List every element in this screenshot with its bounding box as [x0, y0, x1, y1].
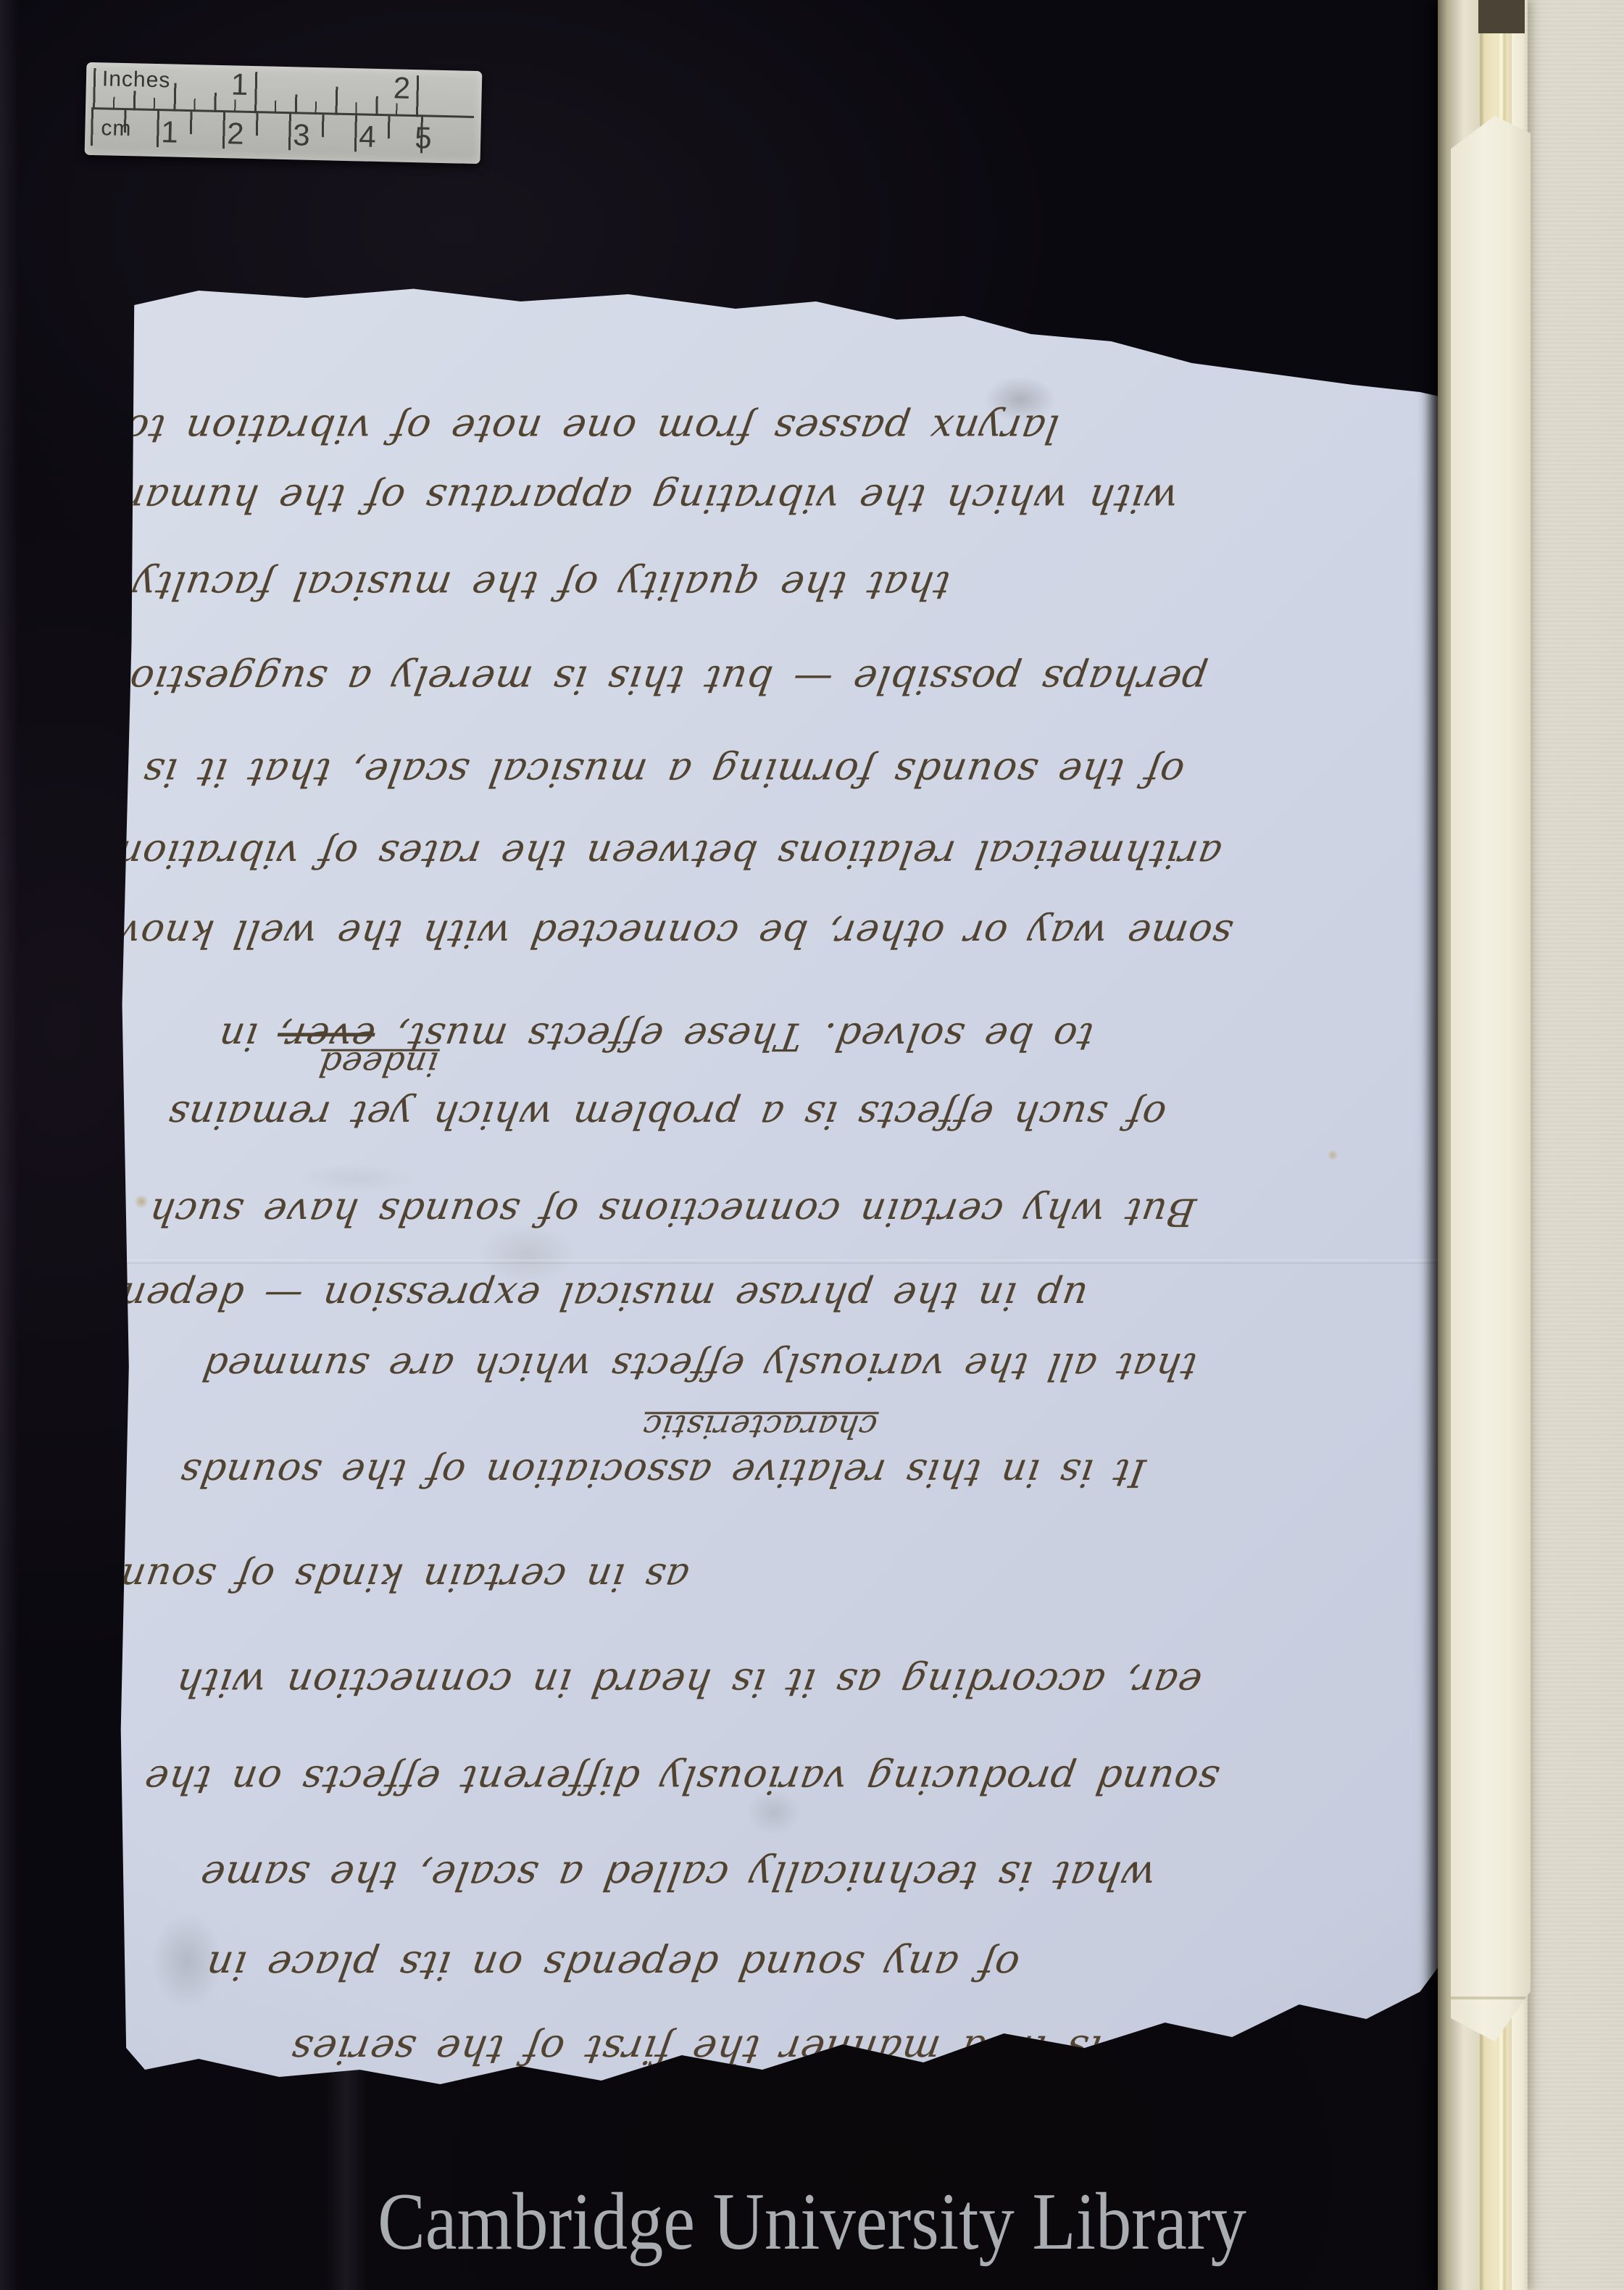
interlinear-insertion-characteristic: characteristic: [657, 1408, 880, 1443]
paper-stains: [118, 280, 1460, 2091]
line-text: in: [215, 1014, 261, 1058]
handwriting-line: some way or other, be connected with the…: [120, 912, 1235, 954]
interlinear-insertion-indeed: indeed: [307, 1046, 450, 1083]
binding-top-gap: [1478, 0, 1525, 33]
ruler-cm-number: 3: [293, 117, 310, 153]
handwriting-line-torn: is in a manner the first of the series: [141, 2028, 1250, 2072]
handwriting-line: arithmetical relations between the rates…: [120, 832, 1224, 874]
handwriting-line: with which the vibrating apparatus of th…: [145, 477, 1180, 520]
ruler-cm-number: 4: [359, 119, 376, 154]
handwriting-line: of any sound depends on its place in: [163, 1944, 1062, 1988]
handwriting-line: that all the variously effects which are…: [163, 1345, 1235, 1386]
paper-fold-crease: [118, 1259, 1460, 1264]
ruler-cm-number: 5: [415, 120, 432, 156]
handwriting-line: that the quality of the musical faculty: [207, 564, 952, 607]
handwriting-line: perhaps possible — but this is merely a …: [134, 658, 1209, 701]
handwriting-line: of the sounds forming a musical scale, t…: [123, 751, 1202, 794]
paper-guard-strip: [1451, 110, 1531, 2041]
library-watermark: Cambridge University Library: [97, 2175, 1526, 2269]
handwriting-line: It is in this relative association of th…: [192, 1451, 1148, 1493]
handwriting-line: what is technically called a scale, the …: [127, 1854, 1228, 1898]
photo-scene: larynx passes from one note of vibration…: [0, 0, 1624, 2290]
handwriting-line: as in certain kinds of sounds.: [178, 1555, 691, 1597]
handwriting-line: But why certain connections of sounds ha…: [116, 1190, 1228, 1232]
ruler-inch-number: 1: [230, 67, 248, 102]
line-text: to be solved. These effects must,: [391, 1014, 1096, 1058]
manuscript-paper: larynx passes from one note of vibration…: [118, 280, 1460, 2091]
handwriting-line: larynx passes from one note of vibration…: [192, 407, 1061, 450]
handwriting-line: sound producing variously different effe…: [120, 1758, 1242, 1801]
fabric-edge-highlight: [0, 0, 19, 2290]
ruler-cm-number: 1: [161, 114, 178, 150]
handwriting-line: up in the phrase musical expression — de…: [163, 1274, 1090, 1316]
ruler-inches-label: Inches: [102, 67, 171, 93]
handwriting-line: ear, according as it is heard in connect…: [141, 1661, 1235, 1704]
ruler-cm-label: cm: [101, 116, 132, 141]
ruler-cm-number: 2: [227, 116, 244, 151]
handwriting-line: of such effects is a problem which yet r…: [120, 1093, 1213, 1135]
ruler-inch-number: 2: [393, 70, 410, 106]
ruler: Inches cm 1 2 1 2 3 4 5: [85, 62, 483, 164]
